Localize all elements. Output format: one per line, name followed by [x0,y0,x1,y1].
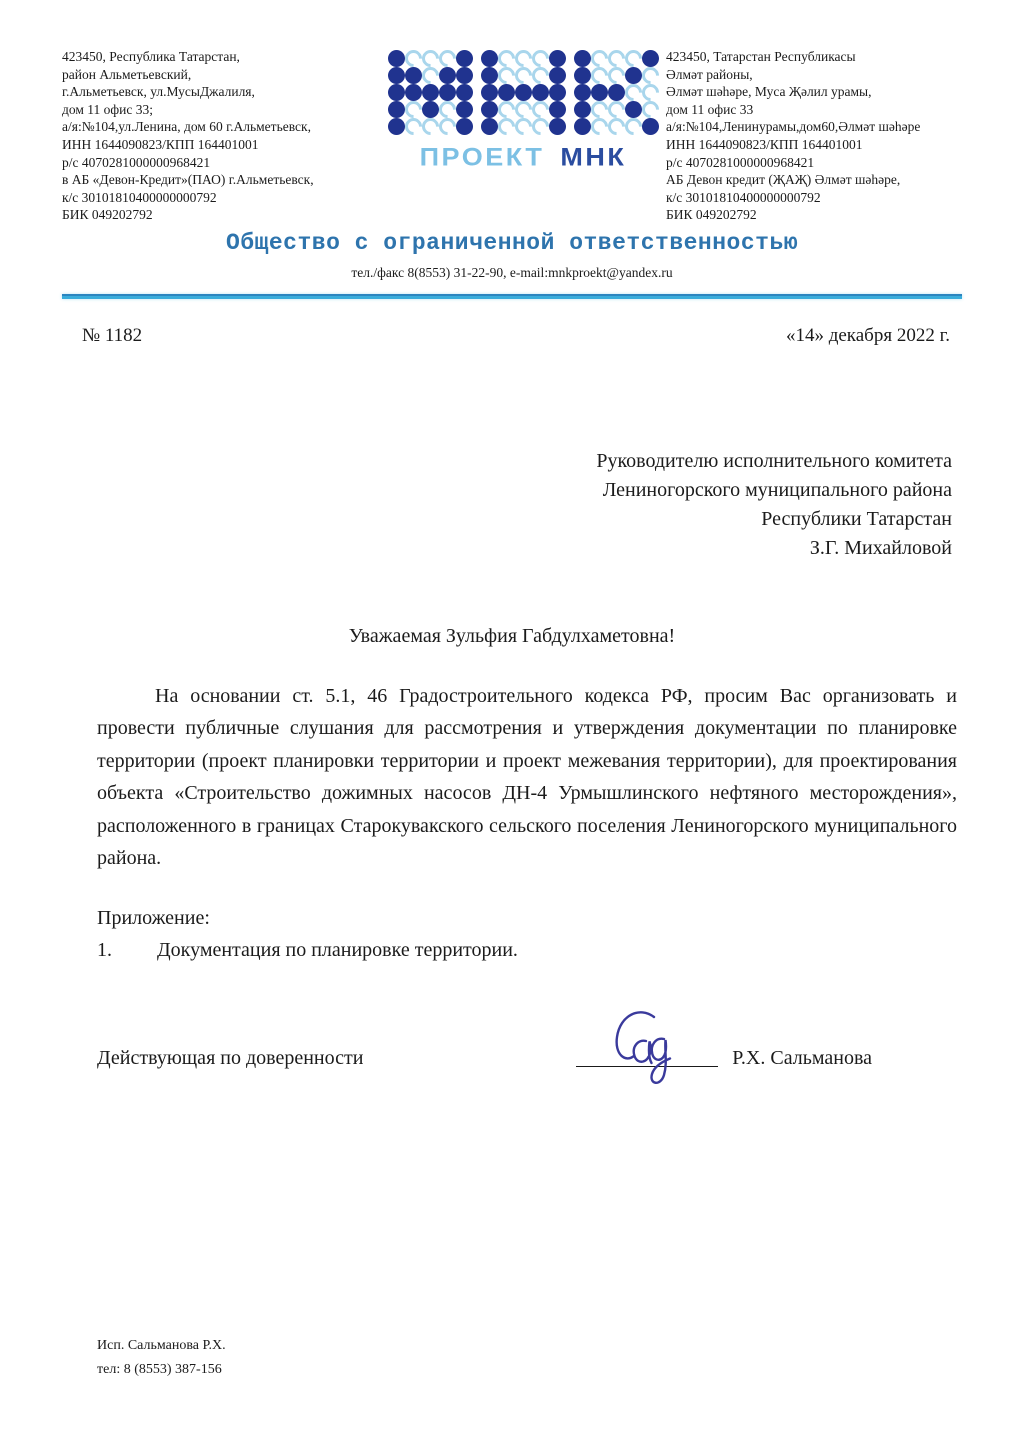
contact-line: тел./факс 8(8553) 31-22-90, e-mail:mnkpr… [0,265,1024,281]
attachment-item: 1. Документация по планировке территории… [97,934,957,967]
address-line: Әлмәт шәһәре, Муса Җәлил урамы, [666,83,966,101]
signature-line [576,1031,718,1067]
address-line: а/я:№104,ул.Ленина, дом 60 г.Альметьевск… [62,118,380,136]
addressee-line: Республики Татарстан [0,505,952,534]
address-line: дом 11 офис 33 [666,101,966,119]
mnk-dot-logo-icon [388,50,659,135]
address-line: к/с 30101810400000000792 [62,189,380,207]
logo-subtitle: ПРОЕКТ МНК [420,143,627,172]
address-line: БИК 049202792 [62,206,380,224]
executor-footer: Исп. Сальманова Р.Х. тел: 8 (8553) 387-1… [97,1334,226,1382]
logo-subtitle-dark: МНК [560,143,626,171]
attachment-section: Приложение: 1. Документация по планировк… [97,902,957,967]
address-line: ИНН 1644090823/КПП 164401001 [62,136,380,154]
addressee-line: З.Г. Михайловой [0,534,952,563]
header-divider-rule [62,294,962,299]
outgoing-number: № 1182 [82,325,142,347]
address-line: г.Альметьевск, ул.МусыДжалиля, [62,83,380,101]
addressee-block: Руководителю исполнительного комитета Ле… [0,447,952,563]
body-paragraph: На основании ст. 5.1, 46 Градостроительн… [97,680,957,875]
address-line: 423450, Республика Татарстан, [62,48,380,66]
address-line: ИНН 1644090823/КПП 164401001 [666,136,966,154]
address-line: дом 11 офис 33; [62,101,380,119]
signature-row: Действующая по доверенности Р.Х. Сальман… [97,1031,872,1070]
address-line: Әлмәт районы, [666,66,966,84]
company-logo: ПРОЕКТ МНК [380,50,666,173]
signer-role: Действующая по доверенности [97,1047,363,1070]
executor-phone: тел: 8 (8553) 387-156 [97,1358,226,1382]
address-line: в АБ «Девон-Кредит»(ПАО) г.Альметьевск, [62,171,380,189]
salutation: Уважаемая Зульфия Габдулхаметовна! [0,625,1024,648]
address-block-russian: 423450, Республика Татарстан, район Альм… [62,48,380,224]
handwritten-signature-icon [598,1005,698,1093]
addressee-line: Лениногорского муниципального района [0,476,952,505]
address-line: район Альметьевский, [62,66,380,84]
address-line: р/с 4070281000000968421 [62,154,380,172]
address-line: р/с 4070281000000968421 [666,154,966,172]
attachment-item-text: Документация по планировке территории. [157,934,518,967]
addressee-line: Руководителю исполнительного комитета [0,447,952,476]
letter-page: 423450, Республика Татарстан, район Альм… [0,0,1024,1447]
company-type-line: Общество с ограниченной ответственностью [0,230,1024,256]
attachment-item-number: 1. [97,934,157,967]
address-line: АБ Девон кредит (ҖАҖ) Әлмәт шәһәре, [666,171,966,189]
logo-subtitle-light: ПРОЕКТ [420,143,545,171]
letterhead: 423450, Республика Татарстан, район Альм… [0,0,1024,224]
address-block-tatar: 423450, Татарстан Республикасы Әлмәт рай… [666,48,966,224]
letter-date: «14» декабря 2022 г. [786,325,950,347]
address-line: к/с 30101810400000000792 [666,189,966,207]
executor-name: Исп. Сальманова Р.Х. [97,1334,226,1358]
address-line: 423450, Татарстан Республикасы [666,48,966,66]
signer-name: Р.Х. Сальманова [732,1047,872,1070]
address-line: БИК 049202792 [666,206,966,224]
address-line: а/я:№104,Ленинурамы,дом60,Әлмәт шәһәре [666,118,966,136]
reference-row: № 1182 «14» декабря 2022 г. [82,325,950,347]
attachment-title: Приложение: [97,902,957,935]
